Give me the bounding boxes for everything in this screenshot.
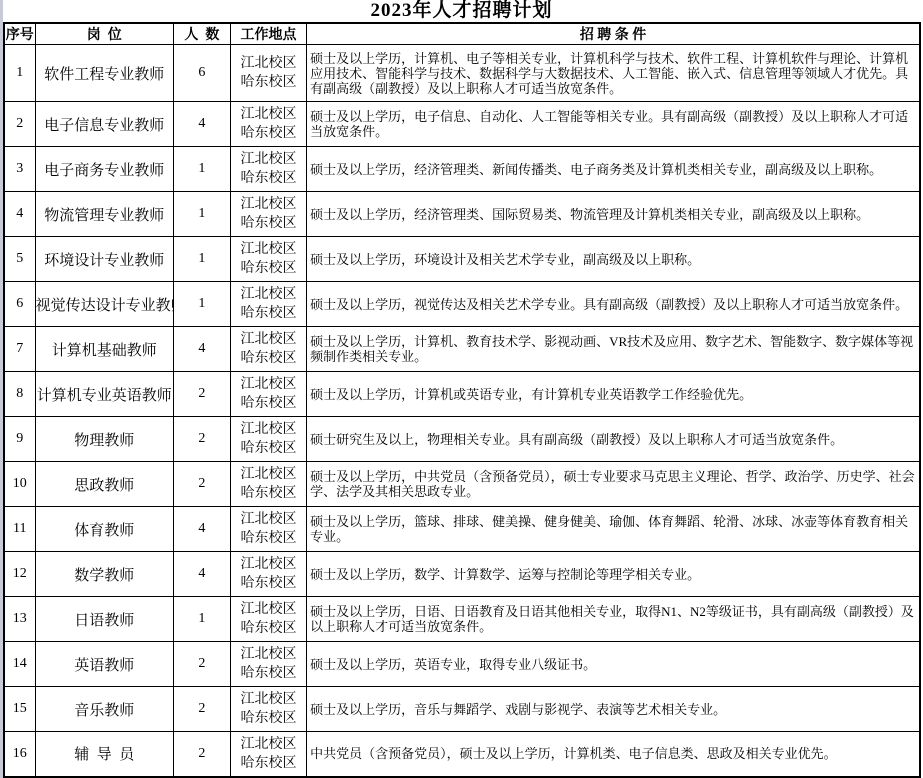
conditions-cell: 硕士及以上学历，中共党员（含预备党员），硕士专业要求马克思主义理论、哲学、政治学… — [307, 462, 920, 507]
count-cell: 4 — [173, 327, 230, 372]
count-cell: 2 — [173, 417, 230, 462]
location-line: 哈东校区 — [231, 124, 306, 143]
location-line: 江北校区 — [231, 54, 306, 73]
table-header-row: 序号岗 位人 数工作地点招 聘 条 件 — [4, 23, 920, 45]
position-cell: 视觉传达设计专业教师 — [35, 282, 173, 327]
table-row: 14英语教师2江北校区哈东校区硕士及以上学历，英语专业，取得专业八级证书。 — [4, 642, 920, 687]
location-cell: 江北校区哈东校区 — [230, 45, 306, 102]
location-line: 江北校区 — [231, 465, 306, 484]
location-cell: 江北校区哈东校区 — [230, 597, 306, 642]
count-cell: 2 — [173, 642, 230, 687]
recruitment-table: 序号岗 位人 数工作地点招 聘 条 件 1软件工程专业教师6江北校区哈东校区硕士… — [3, 22, 921, 778]
location-cell: 江北校区哈东校区 — [230, 732, 306, 777]
conditions-cell: 硕士及以上学历，篮球、排球、健美操、健身健美、瑜伽、体育舞蹈、轮滑、冰球、冰壶等… — [307, 507, 920, 552]
table-row: 15音乐教师2江北校区哈东校区硕士及以上学历，音乐与舞蹈学、戏剧与影视学、表演等… — [4, 687, 920, 732]
location-line: 哈东校区 — [231, 664, 306, 683]
count-cell: 4 — [173, 552, 230, 597]
position-cell: 英语教师 — [35, 642, 173, 687]
col-header-count: 人 数 — [173, 23, 230, 45]
location-cell: 江北校区哈东校区 — [230, 462, 306, 507]
position-cell: 物理教师 — [35, 417, 173, 462]
table-row: 16辅 导 员2江北校区哈东校区中共党员（含预备党员），硕士及以上学历，计算机类… — [4, 732, 920, 777]
conditions-cell: 硕士及以上学历，音乐与舞蹈学、戏剧与影视学、表演等艺术相关专业。 — [307, 687, 920, 732]
row-number-cell: 12 — [4, 552, 35, 597]
location-line: 江北校区 — [231, 195, 306, 214]
position-cell: 计算机基础教师 — [35, 327, 173, 372]
location-line: 江北校区 — [231, 420, 306, 439]
location-cell: 江北校区哈东校区 — [230, 102, 306, 147]
conditions-cell: 硕士研究生及以上，物理相关专业。具有副高级（副教授）及以上职称人才可适当放宽条件… — [307, 417, 920, 462]
count-cell: 1 — [173, 147, 230, 192]
position-cell: 软件工程专业教师 — [35, 45, 173, 102]
conditions-cell: 中共党员（含预备党员），硕士及以上学历，计算机类、电子信息类、思政及相关专业优先… — [307, 732, 920, 777]
location-line: 江北校区 — [231, 510, 306, 529]
location-cell: 江北校区哈东校区 — [230, 642, 306, 687]
location-line: 哈东校区 — [231, 259, 306, 278]
col-header-position: 岗 位 — [35, 23, 173, 45]
position-cell: 物流管理专业教师 — [35, 192, 173, 237]
location-line: 江北校区 — [231, 375, 306, 394]
row-number-cell: 5 — [4, 237, 35, 282]
col-header-no: 序号 — [4, 23, 35, 45]
count-cell: 2 — [173, 732, 230, 777]
location-line: 哈东校区 — [231, 619, 306, 638]
row-number-cell: 11 — [4, 507, 35, 552]
location-line: 江北校区 — [231, 330, 306, 349]
conditions-cell: 硕士及以上学历，计算机、电子等相关专业，计算机科学与技术、软件工程、计算机软件与… — [307, 45, 920, 102]
row-number-cell: 16 — [4, 732, 35, 777]
location-cell: 江北校区哈东校区 — [230, 417, 306, 462]
col-header-location: 工作地点 — [230, 23, 306, 45]
row-number-cell: 15 — [4, 687, 35, 732]
table-row: 2电子信息专业教师4江北校区哈东校区硕士及以上学历，电子信息、自动化、人工智能等… — [4, 102, 920, 147]
location-line: 江北校区 — [231, 555, 306, 574]
table-row: 10思政教师2江北校区哈东校区硕士及以上学历，中共党员（含预备党员），硕士专业要… — [4, 462, 920, 507]
location-line: 哈东校区 — [231, 754, 306, 773]
table-row: 9物理教师2江北校区哈东校区硕士研究生及以上，物理相关专业。具有副高级（副教授）… — [4, 417, 920, 462]
page-title: 2023年人才招聘计划 — [0, 0, 923, 22]
table-row: 11体育教师4江北校区哈东校区硕士及以上学历，篮球、排球、健美操、健身健美、瑜伽… — [4, 507, 920, 552]
position-cell: 体育教师 — [35, 507, 173, 552]
location-line: 哈东校区 — [231, 484, 306, 503]
count-cell: 1 — [173, 597, 230, 642]
row-number-cell: 8 — [4, 372, 35, 417]
col-header-conditions: 招 聘 条 件 — [307, 23, 920, 45]
location-line: 江北校区 — [231, 105, 306, 124]
count-cell: 2 — [173, 372, 230, 417]
count-cell: 1 — [173, 192, 230, 237]
conditions-cell: 硕士及以上学历，计算机或英语专业，有计算机专业英语教学工作经验优先。 — [307, 372, 920, 417]
table-row: 7计算机基础教师4江北校区哈东校区硕士及以上学历，计算机、教育技术学、影视动画、… — [4, 327, 920, 372]
row-number-cell: 2 — [4, 102, 35, 147]
table-row: 6视觉传达设计专业教师1江北校区哈东校区硕士及以上学历，视觉传达及相关艺术学专业… — [4, 282, 920, 327]
location-line: 江北校区 — [231, 150, 306, 169]
location-line: 哈东校区 — [231, 709, 306, 728]
conditions-cell: 硕士及以上学历，经济管理类、国际贸易类、物流管理及计算机类相关专业，副高级及以上… — [307, 192, 920, 237]
location-cell: 江北校区哈东校区 — [230, 687, 306, 732]
table-row: 5环境设计专业教师1江北校区哈东校区硕士及以上学历，环境设计及相关艺术学专业，副… — [4, 237, 920, 282]
row-number-cell: 4 — [4, 192, 35, 237]
conditions-cell: 硕士及以上学历，环境设计及相关艺术学专业，副高级及以上职称。 — [307, 237, 920, 282]
location-cell: 江北校区哈东校区 — [230, 372, 306, 417]
table-body: 1软件工程专业教师6江北校区哈东校区硕士及以上学历，计算机、电子等相关专业，计算… — [4, 45, 920, 777]
conditions-cell: 硕士及以上学历，视觉传达及相关艺术学专业。具有副高级（副教授）及以上职称人才可适… — [307, 282, 920, 327]
row-number-cell: 10 — [4, 462, 35, 507]
row-number-cell: 1 — [4, 45, 35, 102]
location-cell: 江北校区哈东校区 — [230, 237, 306, 282]
row-number-cell: 9 — [4, 417, 35, 462]
table-row: 13日语教师1江北校区哈东校区硕士及以上学历，日语、日语教育及日语其他相关专业，… — [4, 597, 920, 642]
row-number-cell: 7 — [4, 327, 35, 372]
count-cell: 4 — [173, 507, 230, 552]
location-line: 哈东校区 — [231, 529, 306, 548]
position-cell: 数学教师 — [35, 552, 173, 597]
location-cell: 江北校区哈东校区 — [230, 507, 306, 552]
location-line: 江北校区 — [231, 285, 306, 304]
position-cell: 电子信息专业教师 — [35, 102, 173, 147]
row-number-cell: 14 — [4, 642, 35, 687]
location-cell: 江北校区哈东校区 — [230, 282, 306, 327]
location-line: 哈东校区 — [231, 349, 306, 368]
conditions-cell: 硕士及以上学历，电子信息、自动化、人工智能等相关专业。具有副高级（副教授）及以上… — [307, 102, 920, 147]
position-cell: 日语教师 — [35, 597, 173, 642]
table-row: 8计算机专业英语教师2江北校区哈东校区硕士及以上学历，计算机或英语专业，有计算机… — [4, 372, 920, 417]
location-line: 哈东校区 — [231, 574, 306, 593]
location-cell: 江北校区哈东校区 — [230, 327, 306, 372]
location-line: 江北校区 — [231, 735, 306, 754]
row-number-cell: 6 — [4, 282, 35, 327]
location-line: 江北校区 — [231, 690, 306, 709]
location-line: 哈东校区 — [231, 73, 306, 92]
position-cell: 思政教师 — [35, 462, 173, 507]
location-line: 江北校区 — [231, 240, 306, 259]
conditions-cell: 硕士及以上学历，英语专业，取得专业八级证书。 — [307, 642, 920, 687]
location-line: 江北校区 — [231, 600, 306, 619]
row-number-cell: 3 — [4, 147, 35, 192]
count-cell: 2 — [173, 462, 230, 507]
location-line: 江北校区 — [231, 645, 306, 664]
conditions-cell: 硕士及以上学历，日语、日语教育及日语其他相关专业，取得N1、N2等级证书，具有副… — [307, 597, 920, 642]
location-line: 哈东校区 — [231, 394, 306, 413]
table-row: 4物流管理专业教师1江北校区哈东校区硕士及以上学历，经济管理类、国际贸易类、物流… — [4, 192, 920, 237]
count-cell: 6 — [173, 45, 230, 102]
location-line: 哈东校区 — [231, 439, 306, 458]
conditions-cell: 硕士及以上学历，计算机、教育技术学、影视动画、VR技术及应用、数字艺术、智能数字… — [307, 327, 920, 372]
conditions-cell: 硕士及以上学历，经济管理类、新闻传播类、电子商务类及计算机类相关专业，副高级及以… — [307, 147, 920, 192]
position-cell: 音乐教师 — [35, 687, 173, 732]
position-cell: 辅 导 员 — [35, 732, 173, 777]
table-row: 3电子商务专业教师1江北校区哈东校区硕士及以上学历，经济管理类、新闻传播类、电子… — [4, 147, 920, 192]
location-line: 哈东校区 — [231, 214, 306, 233]
position-cell: 电子商务专业教师 — [35, 147, 173, 192]
table-row: 12数学教师4江北校区哈东校区硕士及以上学历，数学、计算数学、运筹与控制论等理学… — [4, 552, 920, 597]
table-row: 1软件工程专业教师6江北校区哈东校区硕士及以上学历，计算机、电子等相关专业，计算… — [4, 45, 920, 102]
location-line: 哈东校区 — [231, 304, 306, 323]
conditions-cell: 硕士及以上学历，数学、计算数学、运筹与控制论等理学相关专业。 — [307, 552, 920, 597]
location-cell: 江北校区哈东校区 — [230, 192, 306, 237]
location-line: 哈东校区 — [231, 169, 306, 188]
location-cell: 江北校区哈东校区 — [230, 552, 306, 597]
position-cell: 环境设计专业教师 — [35, 237, 173, 282]
window-left-edge — [0, 0, 3, 778]
count-cell: 1 — [173, 237, 230, 282]
position-cell: 计算机专业英语教师 — [35, 372, 173, 417]
location-cell: 江北校区哈东校区 — [230, 147, 306, 192]
row-number-cell: 13 — [4, 597, 35, 642]
count-cell: 2 — [173, 687, 230, 732]
count-cell: 1 — [173, 282, 230, 327]
count-cell: 4 — [173, 102, 230, 147]
